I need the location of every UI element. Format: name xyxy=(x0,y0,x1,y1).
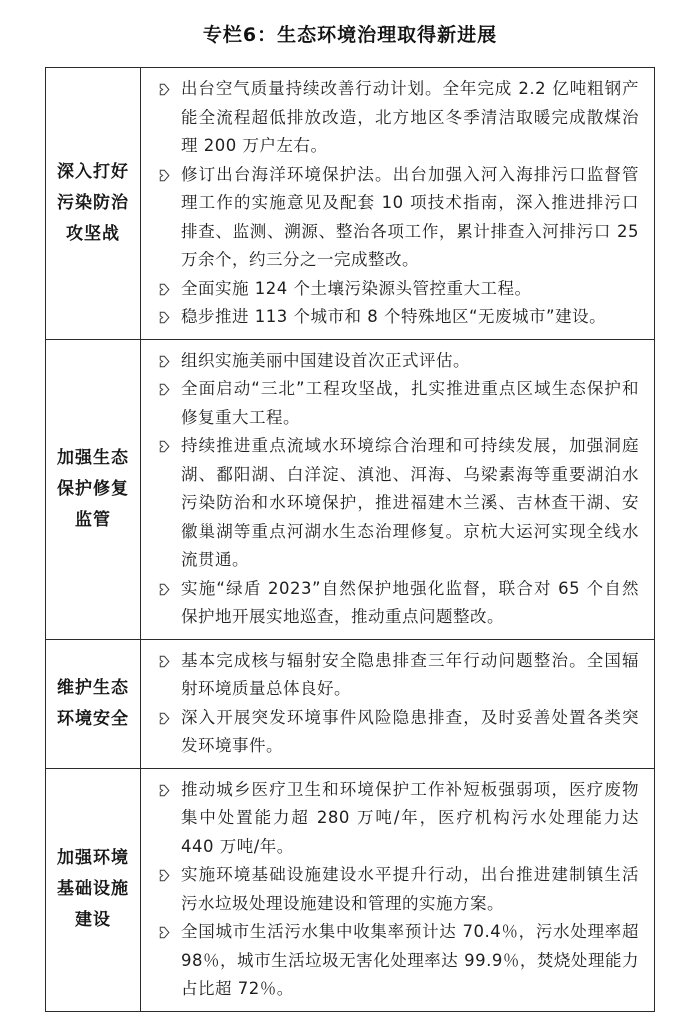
list-item: 实施“绿盾 2023”自然保护地强化监督，联合对 65 个自然保护地开展实地巡查… xyxy=(147,575,639,632)
hollow-arrow-bullet-icon xyxy=(147,647,181,704)
hollow-arrow-bullet-icon xyxy=(147,918,181,1004)
list-item: 组织实施美丽中国建设首次正式评估。 xyxy=(147,347,639,376)
hollow-arrow-bullet-icon xyxy=(147,432,181,575)
list-item: 深入开展突发环境事件风险隐患排查，及时妥善处置各类突发环境事件。 xyxy=(147,704,639,761)
list-item-text: 全面实施 124 个土壤污染源头管控重大工程。 xyxy=(181,275,639,304)
document-page: 专栏6：生态环境治理取得新进展 深入打好 污染防治 攻坚战 出台空气质量持续改善… xyxy=(0,0,700,1013)
table-row: 深入打好 污染防治 攻坚战 出台空气质量持续改善行动计划。全年完成 2.2 亿吨… xyxy=(46,68,654,340)
hollow-arrow-bullet-icon xyxy=(147,375,181,432)
row-content: 基本完成核与辐射安全隐患排查三年行动问题整治。全国辐射环境质量总体良好。 深入开… xyxy=(141,640,654,768)
row-header-pollution-battle: 深入打好 污染防治 攻坚战 xyxy=(46,68,141,339)
hollow-arrow-bullet-icon xyxy=(147,347,181,376)
list-item: 全面启动“三北”工程攻坚战，扎实推进重点区域生态保护和修复重大工程。 xyxy=(147,375,639,432)
list-item: 持续推进重点流域水环境综合治理和可持续发展，加强洞庭湖、鄱阳湖、白洋淀、滇池、洱… xyxy=(147,432,639,575)
list-item-text: 全面启动“三北”工程攻坚战，扎实推进重点区域生态保护和修复重大工程。 xyxy=(181,375,639,432)
list-item-text: 实施环境基础设施建设水平提升行动，出台推进建制镇生活污水垃圾处理设施建设和管理的… xyxy=(181,861,639,918)
row-content: 组织实施美丽中国建设首次正式评估。 全面启动“三北”工程攻坚战，扎实推进重点区域… xyxy=(141,340,654,639)
list-item-text: 持续推进重点流域水环境综合治理和可持续发展，加强洞庭湖、鄱阳湖、白洋淀、滇池、洱… xyxy=(181,432,639,575)
row-header-line: 攻坚战 xyxy=(66,219,120,250)
row-header-line: 监管 xyxy=(75,505,111,536)
row-header-line: 保护修复 xyxy=(57,474,129,505)
list-item: 推动城乡医疗卫生和环境保护工作补短板强弱项，医疗废物集中处置能力超 280 万吨… xyxy=(147,776,639,862)
progress-panel-table: 深入打好 污染防治 攻坚战 出台空气质量持续改善行动计划。全年完成 2.2 亿吨… xyxy=(45,67,655,1012)
row-header-line: 建设 xyxy=(75,905,111,936)
row-header-line: 环境安全 xyxy=(57,704,129,735)
list-item-text: 稳步推进 113 个城市和 8 个特殊地区“无废城市”建设。 xyxy=(181,303,639,332)
row-header-eco-protection: 加强生态 保护修复 监管 xyxy=(46,340,141,639)
row-content: 出台空气质量持续改善行动计划。全年完成 2.2 亿吨粗钢产能全流程超低排放改造，… xyxy=(141,68,654,339)
panel-title: 专栏6：生态环境治理取得新进展 xyxy=(0,20,700,47)
list-item-text: 实施“绿盾 2023”自然保护地强化监督，联合对 65 个自然保护地开展实地巡查… xyxy=(181,575,639,632)
row-header-line: 深入打好 xyxy=(57,157,129,188)
hollow-arrow-bullet-icon xyxy=(147,704,181,761)
list-item-text: 深入开展突发环境事件风险隐患排查，及时妥善处置各类突发环境事件。 xyxy=(181,704,639,761)
list-item-text: 基本完成核与辐射安全隐患排查三年行动问题整治。全国辐射环境质量总体良好。 xyxy=(181,647,639,704)
list-item: 全国城市生活污水集中收集率预计达 70.4％，污水处理率超 98％，城市生活垃圾… xyxy=(147,918,639,1004)
row-header-line: 污染防治 xyxy=(57,188,129,219)
row-header-line: 维护生态 xyxy=(57,673,129,704)
list-item: 实施环境基础设施建设水平提升行动，出台推进建制镇生活污水垃圾处理设施建设和管理的… xyxy=(147,861,639,918)
table-row: 维护生态 环境安全 基本完成核与辐射安全隐患排查三年行动问题整治。全国辐射环境质… xyxy=(46,640,654,769)
list-item: 基本完成核与辐射安全隐患排查三年行动问题整治。全国辐射环境质量总体良好。 xyxy=(147,647,639,704)
hollow-arrow-bullet-icon xyxy=(147,75,181,161)
list-item: 出台空气质量持续改善行动计划。全年完成 2.2 亿吨粗钢产能全流程超低排放改造，… xyxy=(147,75,639,161)
list-item-text: 组织实施美丽中国建设首次正式评估。 xyxy=(181,347,639,376)
hollow-arrow-bullet-icon xyxy=(147,161,181,275)
row-content: 推动城乡医疗卫生和环境保护工作补短板强弱项，医疗废物集中处置能力超 280 万吨… xyxy=(141,769,654,1011)
list-item-text: 出台空气质量持续改善行动计划。全年完成 2.2 亿吨粗钢产能全流程超低排放改造，… xyxy=(181,75,639,161)
list-item: 稳步推进 113 个城市和 8 个特殊地区“无废城市”建设。 xyxy=(147,303,639,332)
list-item-text: 全国城市生活污水集中收集率预计达 70.4％，污水处理率超 98％，城市生活垃圾… xyxy=(181,918,639,1004)
list-item-text: 推动城乡医疗卫生和环境保护工作补短板强弱项，医疗废物集中处置能力超 280 万吨… xyxy=(181,776,639,862)
table-row: 加强生态 保护修复 监管 组织实施美丽中国建设首次正式评估。 全面启动“三北”工… xyxy=(46,340,654,640)
row-header-line: 基础设施 xyxy=(57,874,129,905)
hollow-arrow-bullet-icon xyxy=(147,575,181,632)
hollow-arrow-bullet-icon xyxy=(147,861,181,918)
list-item: 全面实施 124 个土壤污染源头管控重大工程。 xyxy=(147,275,639,304)
hollow-arrow-bullet-icon xyxy=(147,776,181,862)
list-item-text: 修订出台海洋环境保护法。出台加强入河入海排污口监督管理工作的实施意见及配套 10… xyxy=(181,161,639,275)
row-header-infrastructure: 加强环境 基础设施 建设 xyxy=(46,769,141,1011)
row-header-eco-safety: 维护生态 环境安全 xyxy=(46,640,141,768)
row-header-line: 加强生态 xyxy=(57,443,129,474)
table-row: 加强环境 基础设施 建设 推动城乡医疗卫生和环境保护工作补短板强弱项，医疗废物集… xyxy=(46,769,654,1011)
list-item: 修订出台海洋环境保护法。出台加强入河入海排污口监督管理工作的实施意见及配套 10… xyxy=(147,161,639,275)
hollow-arrow-bullet-icon xyxy=(147,275,181,304)
hollow-arrow-bullet-icon xyxy=(147,303,181,332)
row-header-line: 加强环境 xyxy=(57,843,129,874)
